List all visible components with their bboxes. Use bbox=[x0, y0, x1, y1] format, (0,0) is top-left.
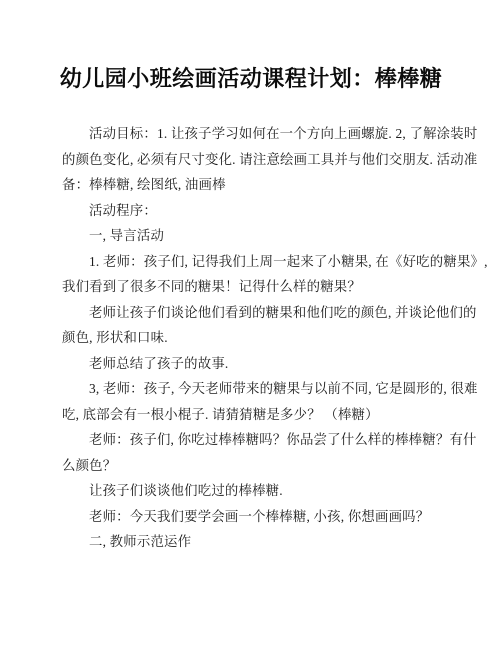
text-line: 二, 教师示范运作 bbox=[62, 529, 446, 555]
document-body: 活动目标：1. 让孩子学习如何在一个方向上画螺旋. 2, 了解涂装时 的颜色变化… bbox=[62, 121, 446, 555]
text-line: 的颜色变化, 必须有尺寸变化. 请注意绘画工具并与他们交朋友. 活动准 bbox=[62, 147, 446, 173]
text-line: 老师让孩子们谈论他们看到的糖果和他们吃的颜色, 并谈论他们的 bbox=[62, 300, 446, 326]
text-line: 老师：今天我们要学会画一个棒棒糖, 小孩, 你想画画吗？ bbox=[62, 504, 446, 530]
text-line: 活动程序： bbox=[62, 198, 446, 224]
text-line: 一, 导言活动 bbox=[62, 223, 446, 249]
text-line: 活动目标：1. 让孩子学习如何在一个方向上画螺旋. 2, 了解涂装时 bbox=[62, 121, 446, 147]
text-line: 么颜色？ bbox=[62, 453, 446, 479]
text-line: 3, 老师：孩子, 今天老师带来的糖果与以前不同, 它是圆形的, 很难 bbox=[62, 376, 446, 402]
text-line: 吃, 底部会有一根小棍子. 请猜猜糖是多少？ （棒糖） bbox=[62, 402, 446, 428]
text-line: 我们看到了很多不同的糖果！记得什么样的糖果？ bbox=[62, 274, 446, 300]
text-line: 老师总结了孩子的故事. bbox=[62, 351, 446, 377]
document-title: 幼儿园小班绘画活动课程计划：棒棒糖 bbox=[0, 63, 502, 95]
text-line: 1. 老师：孩子们, 记得我们上周一起来了小糖果, 在《好吃的糖果》, bbox=[62, 249, 446, 275]
text-line: 老师：孩子们, 你吃过棒棒糖吗？你品尝了什么样的棒棒糖？有什 bbox=[62, 427, 446, 453]
text-line: 颜色, 形状和口味. bbox=[62, 325, 446, 351]
text-line: 让孩子们谈谈他们吃过的棒棒糖. bbox=[62, 478, 446, 504]
document-page: 幼儿园小班绘画活动课程计划：棒棒糖 活动目标：1. 让孩子学习如何在一个方向上画… bbox=[0, 0, 502, 649]
text-line: 备：棒棒糖, 绘图纸, 油画棒 bbox=[62, 172, 446, 198]
